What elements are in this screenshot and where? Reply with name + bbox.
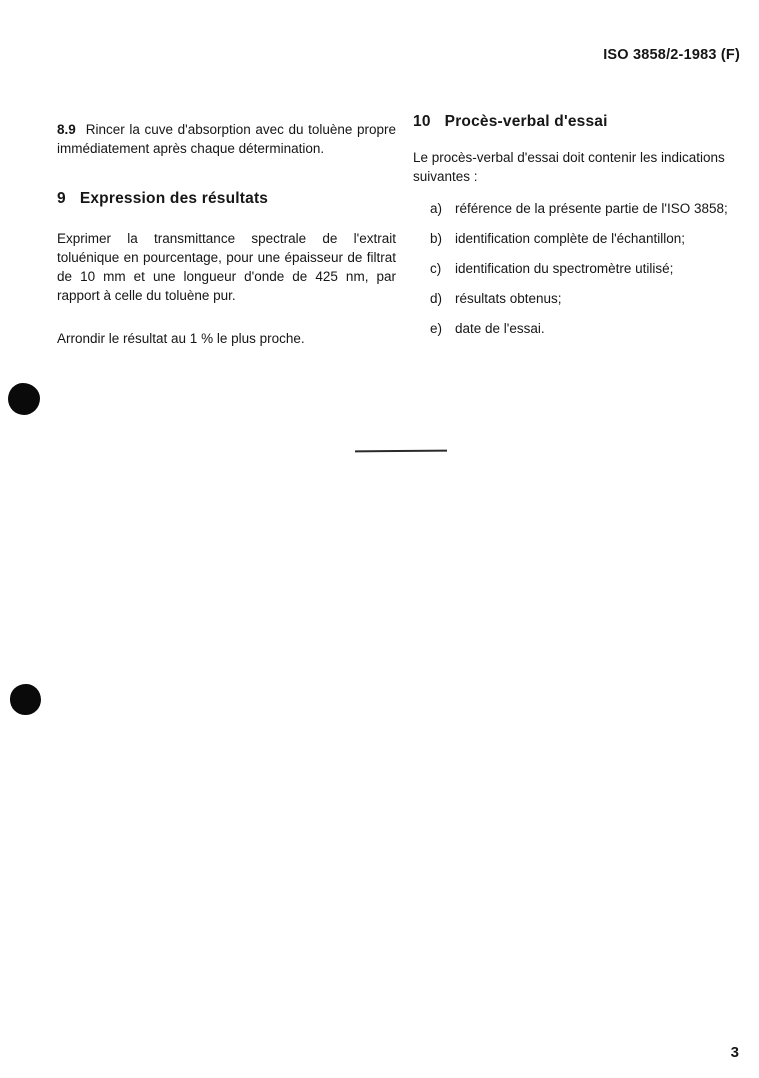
list-item-text: référence de la présente partie de l'ISO… (455, 199, 728, 218)
report-items-list: a) référence de la présente partie de l'… (413, 199, 743, 338)
horizontal-separator-line (355, 450, 447, 453)
document-reference: ISO 3858/2-1983 (F) (603, 47, 740, 63)
section-10-title: Procès-verbal d'essai (445, 112, 608, 131)
section-9-number: 9 (57, 189, 66, 208)
list-item-label: d) (430, 289, 455, 308)
clause-8-9-number: 8.9 (57, 122, 76, 137)
list-item-text: résultats obtenus; (455, 289, 562, 308)
list-item-label: a) (430, 199, 455, 218)
punch-hole-mark-bottom (10, 684, 41, 715)
list-item: b) identification complète de l'échantil… (413, 229, 743, 248)
punch-hole-mark-top (8, 383, 40, 415)
section-9-title: Expression des résultats (80, 189, 268, 208)
list-item-label: c) (430, 259, 455, 278)
paragraph-expression: Exprimer la transmittance spectrale de l… (57, 229, 396, 305)
section-9-heading: 9 Expression des résultats (57, 189, 396, 208)
list-item-text: date de l'essai. (455, 319, 545, 338)
paragraph-rounding: Arrondir le résultat au 1 % le plus proc… (57, 329, 396, 348)
clause-8-9-text: Rincer la cuve d'absorption avec du tolu… (57, 122, 396, 156)
list-item-text: identification complète de l'échantillon… (455, 229, 685, 248)
list-item: a) référence de la présente partie de l'… (413, 199, 743, 218)
list-item: d) résultats obtenus; (413, 289, 743, 308)
list-item-text: identification du spectromètre utilisé; (455, 259, 673, 278)
section-10-number: 10 (413, 112, 431, 131)
document-page: ISO 3858/2-1983 (F) 8.9Rincer la cuve d'… (0, 0, 759, 1078)
section-10-heading: 10 Procès-verbal d'essai (413, 112, 743, 131)
list-item: e) date de l'essai. (413, 319, 743, 338)
list-item: c) identification du spectromètre utilis… (413, 259, 743, 278)
page-number: 3 (731, 1044, 739, 1061)
left-column: 8.9Rincer la cuve d'absorption avec du t… (57, 120, 396, 348)
clause-8-9: 8.9Rincer la cuve d'absorption avec du t… (57, 120, 396, 158)
list-item-label: e) (430, 319, 455, 338)
report-intro: Le procès-verbal d'essai doit contenir l… (413, 148, 743, 186)
right-column: 10 Procès-verbal d'essai Le procès-verba… (413, 112, 743, 338)
list-item-label: b) (430, 229, 455, 248)
